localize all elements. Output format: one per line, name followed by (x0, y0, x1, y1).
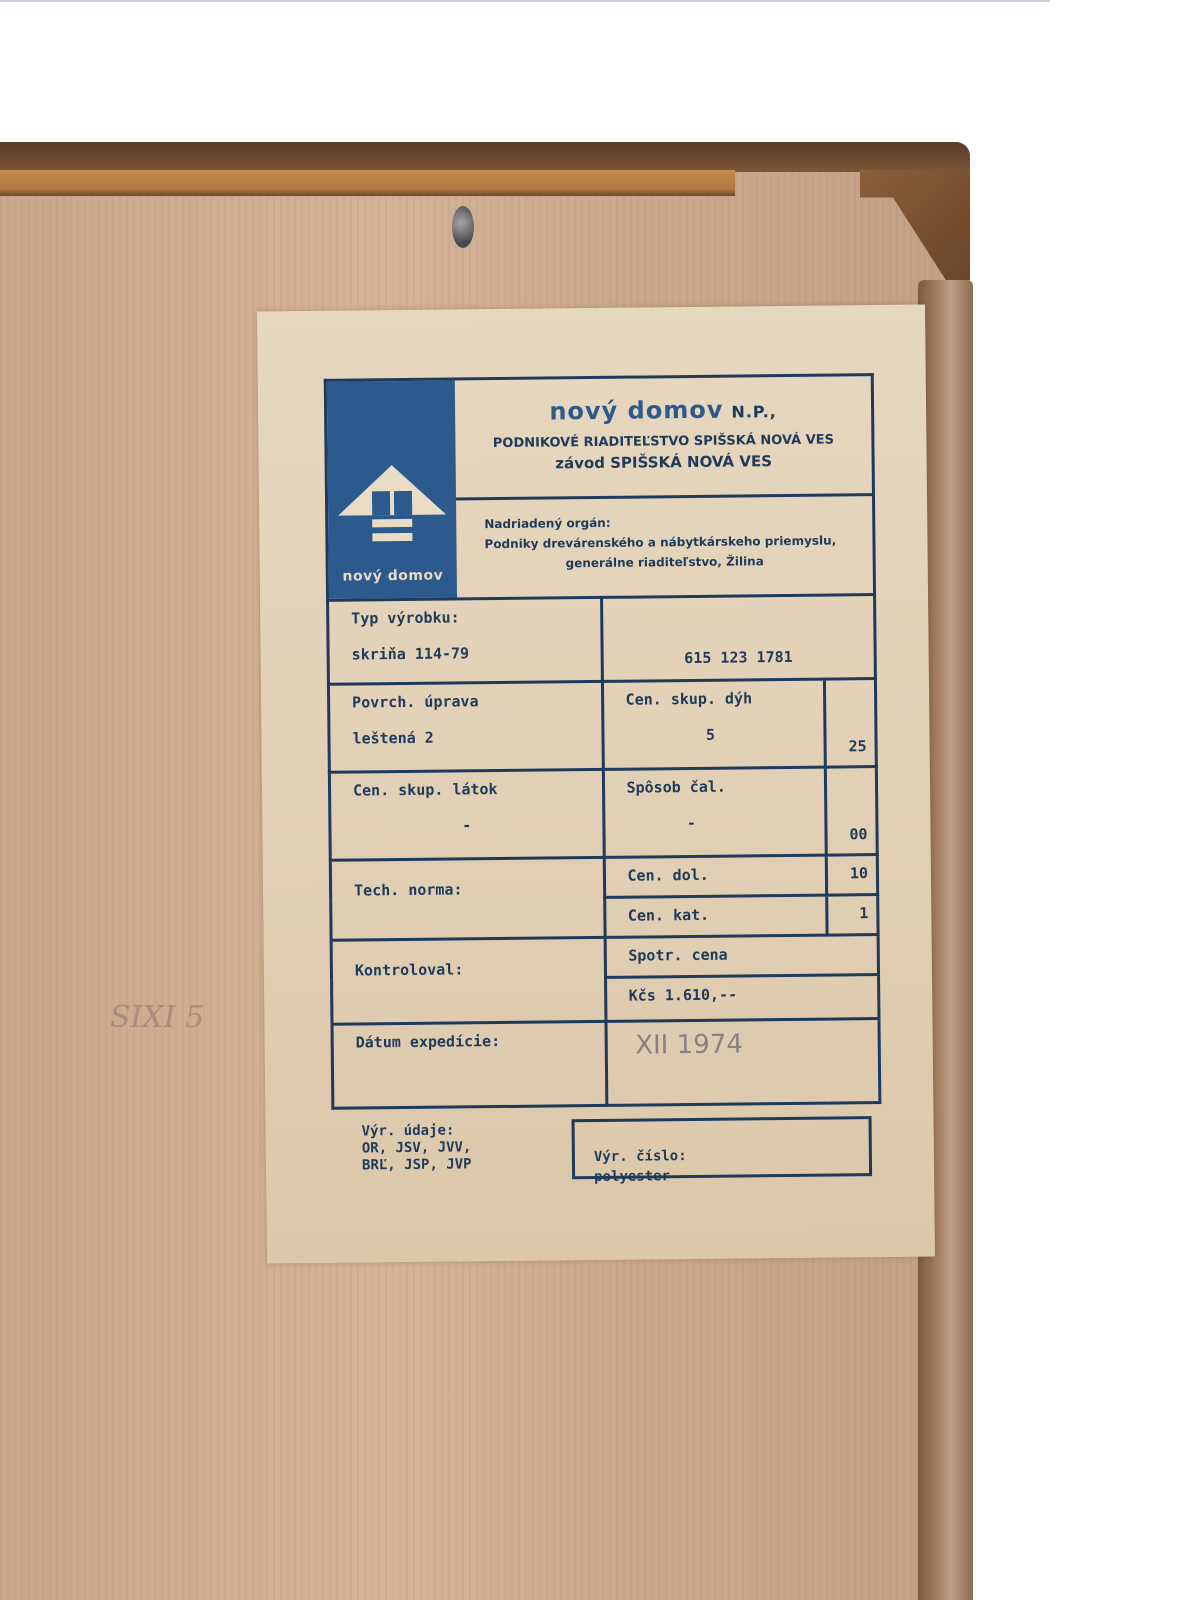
label-header: nový domov nový domovN.P., PODNIKOVÉ RIA… (324, 373, 876, 599)
top-rail-light (0, 170, 735, 196)
consumer-price-label: Spotr. cena (605, 935, 879, 978)
fabric-group-label: Cen. skup. látok (353, 780, 498, 800)
dispatch-date-cell: XII 1974 (605, 1019, 879, 1106)
price-dol-value: 10 (826, 855, 877, 896)
superior-line-2: generálne riaditeľstvo, Žilina (485, 550, 873, 574)
label-form: nový domov nový domovN.P., PODNIKOVÉ RIA… (324, 373, 882, 1190)
production-data-label: Výr. údaje: (362, 1121, 572, 1140)
price-kat-label: Cen. kat. (604, 895, 827, 937)
product-code: 615 123 1781 (684, 648, 793, 667)
price-kat-value: 1 (827, 895, 878, 936)
top-rail-dark (0, 142, 970, 172)
tech-norm-cell: Tech. norma: (330, 857, 604, 940)
brand-name: nový domovN.P., (455, 394, 871, 426)
company-block: nový domovN.P., PODNIKOVÉ RIADITEĽSTVO S… (455, 376, 872, 500)
price-dol-label: Cen. dol. (604, 855, 827, 897)
dispatch-date-stamp: XII 1974 (635, 1029, 743, 1060)
checked-cell: Kontroloval: (331, 937, 605, 1024)
consumer-price-value: Kčs 1.610,-- (605, 975, 879, 1022)
superior-line-1: Podniky drevárenského a nábytkárskeho pr… (484, 530, 872, 554)
upholstery-label: Spôsob čal. (626, 778, 726, 797)
production-number-box (572, 1116, 873, 1179)
screw-icon (452, 206, 474, 248)
pencil-mark: SIXI 5 (110, 1000, 290, 1050)
logo-text: nový domov (342, 568, 443, 585)
fabric-group-cell: Cen. skup. látok - (329, 769, 603, 860)
org-line-2: závod SPIŠSKÁ NOVÁ VES (456, 451, 872, 473)
brand-suffix: N.P., (731, 402, 777, 421)
veneer-group-num: 25 (824, 679, 876, 768)
label-footer: Výr. údaje: OR, JSV, JVV, BRĽ, JSP, JVP … (332, 1118, 883, 1190)
logo-block: nový domov (327, 380, 457, 598)
veneer-group-value: 5 (626, 725, 824, 745)
surface-cell: Povrch. úprava leštená 2 (328, 681, 602, 772)
veneer-group-label: Cen. skup. dýh (626, 689, 753, 708)
product-code-cell: 615 123 1781 (601, 595, 875, 682)
upholstery-value: - (627, 813, 825, 833)
surface-label: Povrch. úprava (352, 692, 479, 711)
product-label: nový domov nový domovN.P., PODNIKOVÉ RIA… (257, 305, 935, 1264)
surface-value: leštená 2 (352, 727, 601, 748)
production-data-line-2: BRĽ, JSP, JVP (362, 1155, 572, 1174)
label-grid: Typ výrobku: skriňa 114-79 615 123 1781 … (326, 593, 881, 1110)
brand-text: nový domov (549, 396, 723, 426)
production-number: Výr. číslo: polyester (572, 1118, 883, 1187)
header-right: nový domovN.P., PODNIKOVÉ RIADITEĽSTVO S… (455, 376, 873, 597)
dispatch-date-label: Dátum expedície: (332, 1021, 606, 1108)
veneer-group-cell: Cen. skup. dýh 5 (602, 679, 825, 769)
top-border-line (0, 0, 1050, 2)
house-icon (334, 461, 451, 552)
org-line-1: PODNIKOVÉ RIADITEĽSTVO SPIŠSKÁ NOVÁ VES (455, 432, 871, 451)
upholstery-num: 00 (825, 767, 877, 856)
superior-block: Nadriadený orgán: Podniky drevárenského … (456, 496, 873, 597)
product-type-label: Typ výrobku: (351, 608, 460, 627)
fabric-group-value: - (353, 815, 602, 836)
upholstery-cell: Spôsob čal. - (603, 767, 826, 857)
production-data-line-1: OR, JSV, JVV, (362, 1138, 572, 1157)
production-data: Výr. údaje: OR, JSV, JVV, BRĽ, JSP, JVP (332, 1121, 573, 1190)
product-type-value: skriňa 114-79 (352, 643, 601, 664)
product-type-cell: Typ výrobku: skriňa 114-79 (328, 597, 602, 684)
